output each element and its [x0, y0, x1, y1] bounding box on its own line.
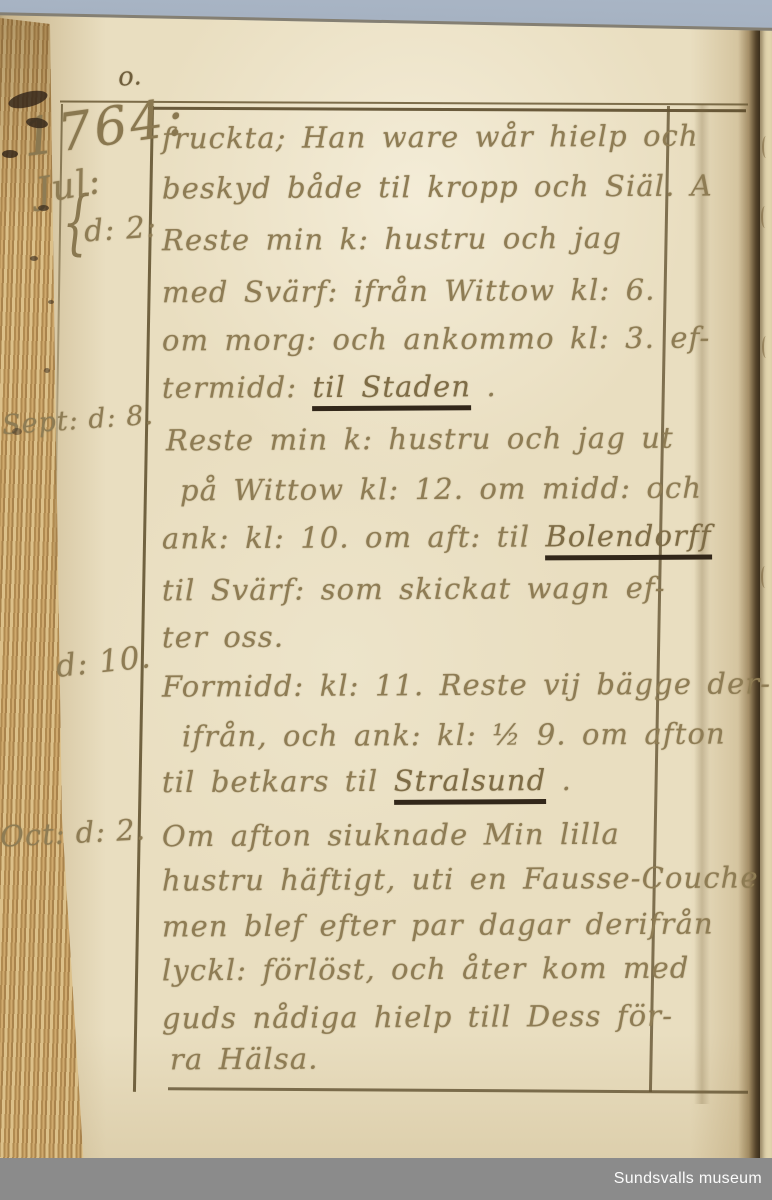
- manuscript-text-segment: Om afton siuknade Min lilla: [162, 817, 620, 853]
- manuscript-line: termidd: til Staden .: [162, 369, 497, 405]
- manuscript-line: ter oss.: [162, 620, 284, 655]
- manuscript-line: Formidd: kl: 11. Reste vij bägge der-: [162, 666, 771, 703]
- manuscript-line: Reste min k: hustru och jag: [162, 221, 622, 257]
- manuscript-line: lyckl: förlöst, och åter kom med: [162, 951, 690, 988]
- faint-ink-mark: [761, 566, 769, 588]
- underlined-place-name: Bolendorff: [545, 519, 711, 561]
- manuscript-text-segment: om morg: och ankommo kl: 3. ef-: [162, 321, 710, 358]
- faint-ink-mark: [762, 336, 770, 358]
- manuscript-line: til betkars til Stralsund .: [162, 763, 572, 799]
- manuscript-text-segment: ank: kl: 10. om aft: til: [162, 519, 546, 555]
- ink-blot: [30, 256, 38, 261]
- page-gutter-shadow: [738, 0, 762, 1200]
- manuscript-line: fruckta; Han ware wår hielp och: [162, 119, 699, 156]
- manuscript-text-segment: ra Hälsa.: [170, 1042, 319, 1077]
- manuscript-text-segment: Formidd: kl: 11. Reste vij bägge der-: [162, 666, 771, 703]
- manuscript-text-segment: .: [546, 763, 572, 797]
- image-credit-bar: Sundsvalls museum: [0, 1158, 772, 1200]
- manuscript-text-segment: hustru häftigt, uti en Fausse-Couche: [162, 860, 759, 897]
- credit-label: Sundsvalls museum: [614, 1170, 762, 1188]
- scanned-manuscript-photo: o. 1764: { Jul:d: 2:Sept: d: 8.d: 10.Oct…: [0, 0, 772, 1200]
- manuscript-line: på Wittow kl: 12. om midd: och: [180, 471, 702, 508]
- ink-blot: [12, 428, 22, 435]
- manuscript-line: guds nådiga hielp till Dess för-: [162, 999, 673, 1036]
- manuscript-text-segment: med Svärf: ifrån Wittow kl: 6.: [162, 273, 656, 310]
- page-crease-shadow: [694, 104, 710, 1104]
- manuscript-line: ra Hälsa.: [170, 1042, 319, 1077]
- manuscript-text-segment: beskyd både til kropp och Siäl. A: [162, 169, 713, 206]
- manuscript-line: beskyd både til kropp och Siäl. A: [162, 169, 713, 206]
- faint-ink-mark: [762, 136, 770, 158]
- manuscript-line: med Svärf: ifrån Wittow kl: 6.: [162, 273, 656, 310]
- manuscript-line: hustru häftigt, uti en Fausse-Couche: [162, 860, 759, 897]
- manuscript-line: Reste min k: hustru och jag ut: [166, 421, 674, 458]
- manuscript-line: ifrån, och ank: kl: ½ 9. om afton: [182, 717, 726, 754]
- manuscript-text-segment: Reste min k: hustru och jag ut: [166, 421, 674, 458]
- manuscript-text-segment: ifrån, och ank: kl: ½ 9. om afton: [182, 717, 726, 754]
- margin-date-label: d: 2:: [83, 209, 158, 249]
- manuscript-text-segment: til Svärf: som skickat wagn ef-: [162, 571, 666, 608]
- manuscript-text-segment: men blef efter par dagar derifrån: [162, 907, 714, 944]
- manuscript-line: men blef efter par dagar derifrån: [162, 907, 714, 944]
- ink-blot: [44, 368, 50, 373]
- underlined-place-name: Stralsund: [394, 763, 547, 805]
- manuscript-line: til Svärf: som skickat wagn ef-: [162, 571, 666, 608]
- manuscript-text-segment: til betkars til: [162, 764, 394, 799]
- ink-blot: [38, 205, 49, 211]
- ink-blot: [48, 300, 54, 304]
- faint-ink-mark: [761, 206, 769, 228]
- manuscript-line: ank: kl: 10. om aft: til Bolendorff: [162, 519, 712, 556]
- manuscript-text-segment: lyckl: förlöst, och åter kom med: [162, 951, 690, 988]
- manuscript-text-segment: guds nådiga hielp till Dess för-: [162, 999, 673, 1036]
- manuscript-text-segment: .: [471, 369, 497, 403]
- underlined-place-name: til Staden: [312, 369, 471, 411]
- manuscript-text-segment: ter oss.: [162, 620, 284, 655]
- manuscript-line: om morg: och ankommo kl: 3. ef-: [162, 321, 710, 358]
- manuscript-line: Om afton siuknade Min lilla: [162, 817, 620, 853]
- marginalia-top: o.: [117, 61, 143, 93]
- manuscript-text-segment: på Wittow kl: 12. om midd: och: [180, 471, 702, 508]
- manuscript-text-segment: Reste min k: hustru och jag: [162, 221, 622, 257]
- ink-blot: [2, 150, 18, 158]
- manuscript-text-segment: fruckta; Han ware wår hielp och: [162, 119, 699, 156]
- next-page-sliver: [760, 6, 772, 1200]
- manuscript-text-segment: termidd:: [162, 370, 313, 405]
